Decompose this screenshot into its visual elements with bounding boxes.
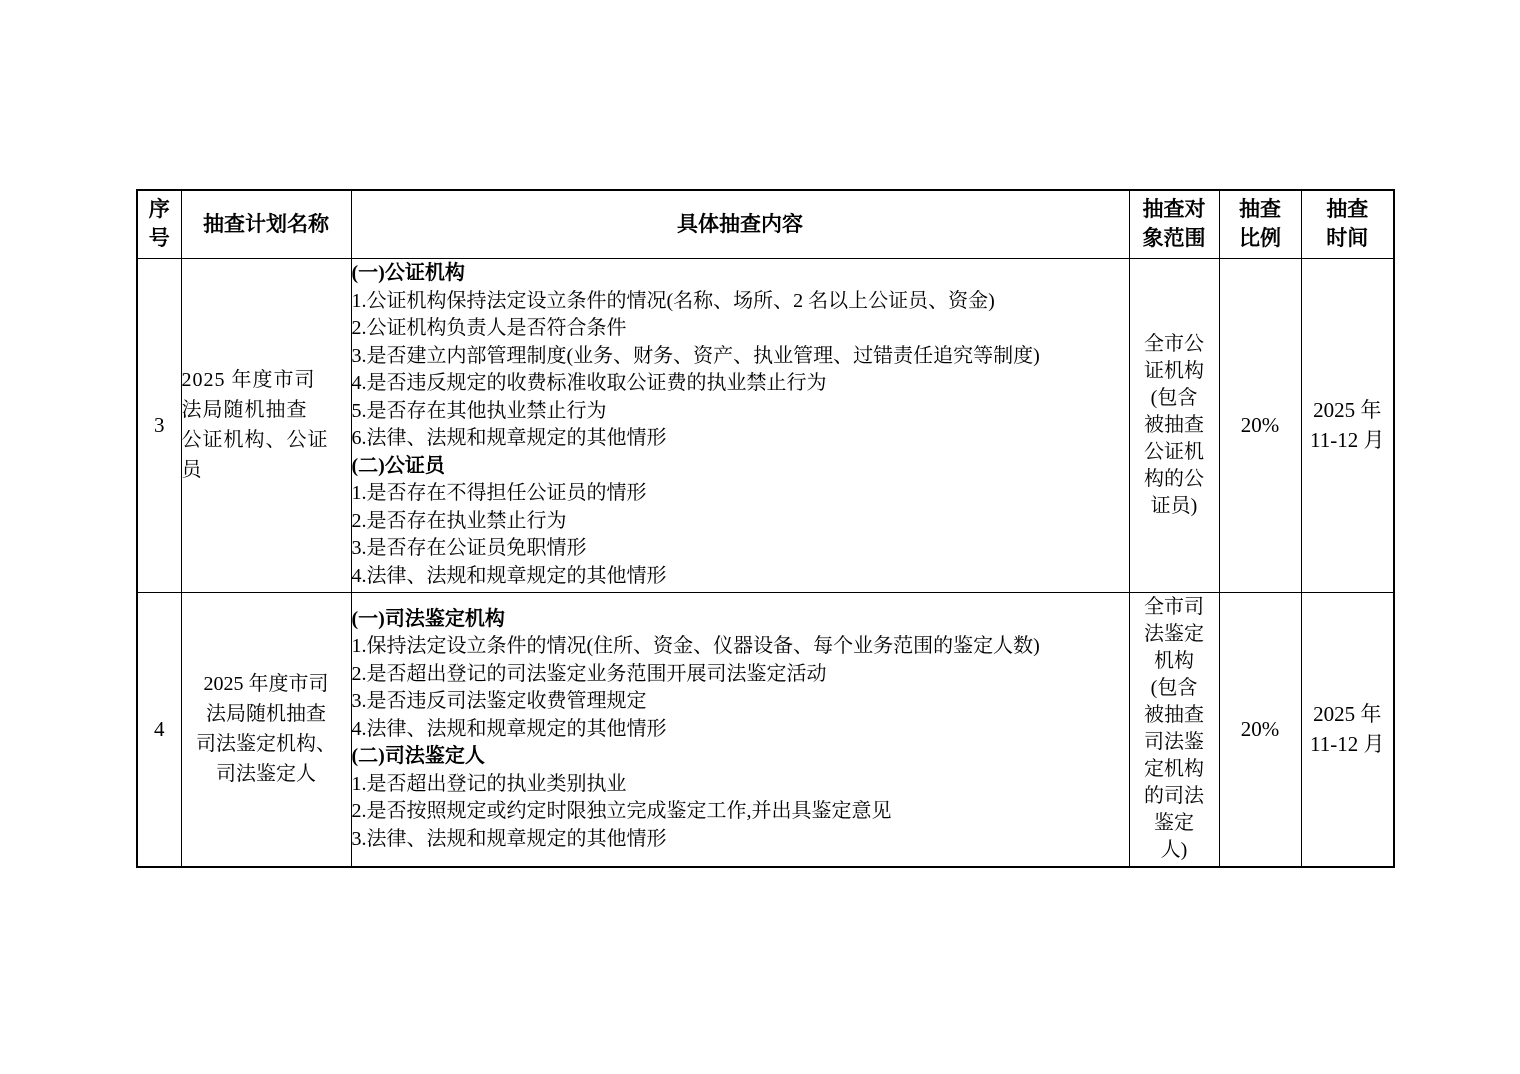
row4-ratio: 20%	[1219, 592, 1301, 867]
row3-time: 2025 年 11-12 月	[1301, 258, 1394, 592]
header-time: 抽查 时间	[1301, 190, 1394, 258]
content-item: 3.是否存在公证员免职情形	[352, 535, 1129, 563]
content-item: 1.是否超出登记的执业类别执业	[352, 771, 1129, 799]
table-row: 4 2025 年度市司 法局随机抽查 司法鉴定机构、 司法鉴定人 (一)司法鉴定…	[137, 592, 1394, 867]
content-section-heading: (二)公证员	[352, 453, 1129, 481]
row4-time: 2025 年 11-12 月	[1301, 592, 1394, 867]
content-item: 1.是否存在不得担任公证员的情形	[352, 480, 1129, 508]
row3-ratio: 20%	[1219, 258, 1301, 592]
time-text: 2025 年 11-12 月	[1302, 395, 1394, 455]
row4-seq: 4	[137, 592, 181, 867]
header-seq: 序 号	[137, 190, 181, 258]
row3-seq: 3	[137, 258, 181, 592]
content-section-heading: (一)司法鉴定机构	[352, 606, 1129, 634]
inspection-plan-table: 序 号 抽查计划名称 具体抽查内容 抽查对 象范围 抽查 比例 抽查 时间 3 …	[136, 189, 1395, 868]
row4-content: (一)司法鉴定机构 1.保持法定设立条件的情况(住所、资金、仪器设备、每个业务范…	[351, 592, 1129, 867]
content-item: 3.法律、法规和规章规定的其他情形	[352, 826, 1129, 854]
table-header-row: 序 号 抽查计划名称 具体抽查内容 抽查对 象范围 抽查 比例 抽查 时间	[137, 190, 1394, 258]
content-item: 5.是否存在其他执业禁止行为	[352, 398, 1129, 426]
header-plan-name: 抽查计划名称	[181, 190, 351, 258]
header-content: 具体抽查内容	[351, 190, 1129, 258]
content-item: 1.公证机构保持法定设立条件的情况(名称、场所、2 名以上公证员、资金)	[352, 288, 1129, 316]
plan-name-text: 2025 年度市司 法局随机抽查 司法鉴定机构、 司法鉴定人	[182, 669, 351, 789]
content-section-heading: (二)司法鉴定人	[352, 743, 1129, 771]
plan-name-text: 2025 年度市司 法局随机抽查 公证机构、公证 员	[182, 365, 351, 485]
table-row: 3 2025 年度市司 法局随机抽查 公证机构、公证 员 (一)公证机构 1.公…	[137, 258, 1394, 592]
content-item: 3.是否违反司法鉴定收费管理规定	[352, 688, 1129, 716]
content-item: 2.是否存在执业禁止行为	[352, 508, 1129, 536]
content-item: 2.是否超出登记的司法鉴定业务范围开展司法鉴定活动	[352, 661, 1129, 689]
content-item: 4.法律、法规和规章规定的其他情形	[352, 563, 1129, 591]
content-item: 6.法律、法规和规章规定的其他情形	[352, 425, 1129, 453]
content-item: 1.保持法定设立条件的情况(住所、资金、仪器设备、每个业务范围的鉴定人数)	[352, 633, 1129, 661]
content-section-heading: (一)公证机构	[352, 260, 1129, 288]
time-text: 2025 年 11-12 月	[1302, 699, 1394, 759]
row4-plan-name: 2025 年度市司 法局随机抽查 司法鉴定机构、 司法鉴定人	[181, 592, 351, 867]
content-item: 4.是否违反规定的收费标准收取公证费的执业禁止行为	[352, 370, 1129, 398]
document-page: 序 号 抽查计划名称 具体抽查内容 抽查对 象范围 抽查 比例 抽查 时间 3 …	[0, 0, 1520, 1074]
row3-scope: 全市公 证机构 (包含 被抽查 公证机 构的公 证员)	[1129, 258, 1219, 592]
content-item: 3.是否建立内部管理制度(业务、财务、资产、执业管理、过错责任追究等制度)	[352, 343, 1129, 371]
row3-plan-name: 2025 年度市司 法局随机抽查 公证机构、公证 员	[181, 258, 351, 592]
content-item: 2.公证机构负责人是否符合条件	[352, 315, 1129, 343]
content-item: 4.法律、法规和规章规定的其他情形	[352, 716, 1129, 744]
row3-content: (一)公证机构 1.公证机构保持法定设立条件的情况(名称、场所、2 名以上公证员…	[351, 258, 1129, 592]
content-item: 2.是否按照规定或约定时限独立完成鉴定工作,并出具鉴定意见	[352, 798, 1129, 826]
inspection-plan-table-wrap: 序 号 抽查计划名称 具体抽查内容 抽查对 象范围 抽查 比例 抽查 时间 3 …	[136, 189, 1395, 868]
scope-text: 全市公 证机构 (包含 被抽查 公证机 构的公 证员)	[1130, 331, 1219, 520]
header-ratio: 抽查 比例	[1219, 190, 1301, 258]
header-scope: 抽查对 象范围	[1129, 190, 1219, 258]
scope-text: 全市司 法鉴定 机构 (包含 被抽查 司法鉴 定机构 的司法 鉴定 人)	[1130, 594, 1219, 864]
row4-scope: 全市司 法鉴定 机构 (包含 被抽查 司法鉴 定机构 的司法 鉴定 人)	[1129, 592, 1219, 867]
